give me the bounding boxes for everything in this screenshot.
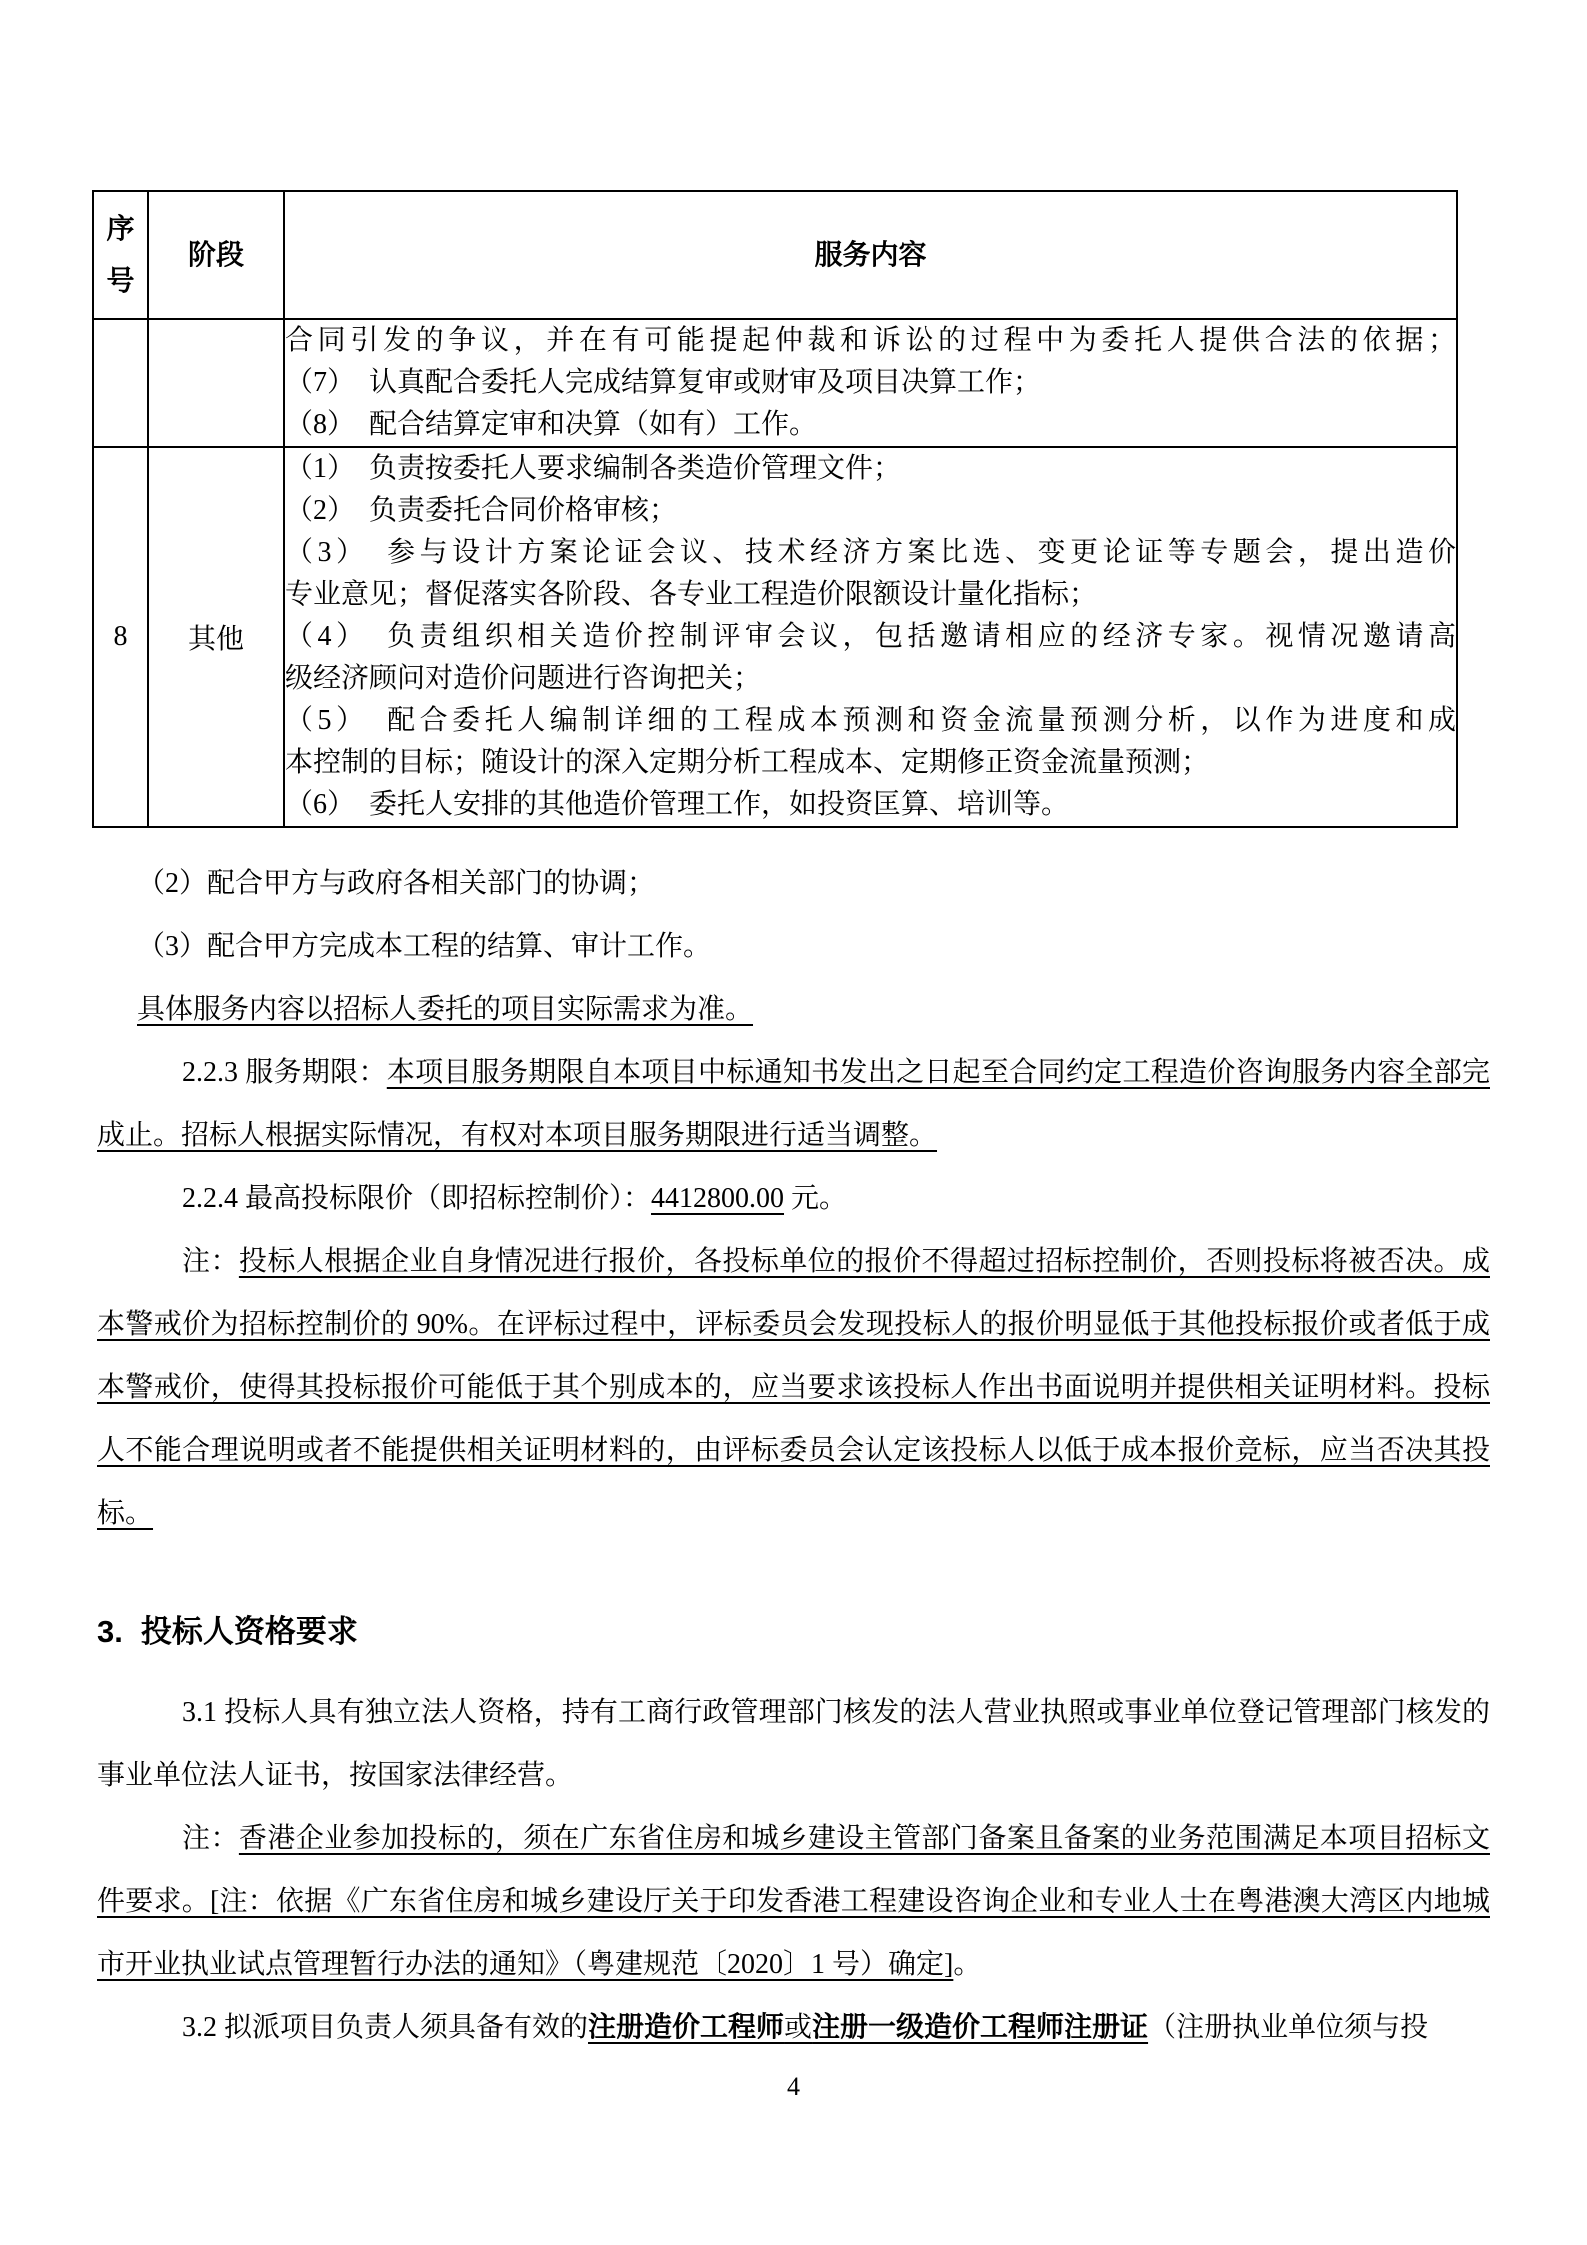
col-header-service: 服务内容 — [284, 191, 1457, 319]
service-line: （2） 负责委托合同价格审核； — [285, 490, 1456, 532]
actual-needs-text: 具体服务内容以招标人委托的项目实际需求为准。 — [137, 994, 753, 1025]
table-header-row: 序号 阶段 服务内容 — [93, 191, 1457, 319]
table-row: 8 其他 （1） 负责按委托人要求编制各类造价管理文件； （2） 负责委托合同价… — [93, 447, 1457, 827]
service-line: （4） 负责组织相关造价控制评审会议，包括邀请相应的经济专家。视情况邀请高 — [285, 616, 1456, 658]
paragraph-service-period: 2.2.3 服务期限：本项目服务期限自本项目中标通知书发出之日起至合同约定工程造… — [97, 1041, 1490, 1167]
conjunction-or: 或 — [784, 2012, 812, 2043]
service-line: （1） 负责按委托人要求编制各类造价管理文件； — [285, 448, 1456, 490]
project-leader-prefix: 3.2 拟派项目负责人须具备有效的 — [182, 2012, 588, 2043]
seq-cell: 8 — [93, 447, 148, 827]
col-header-stage: 阶段 — [148, 191, 284, 319]
cert-level1-cost-engineer: 注册一级造价工程师注册证 — [812, 2012, 1148, 2043]
note-label: 注： — [182, 1246, 239, 1277]
service-line: 合同引发的争议，并在有可能提起仲裁和诉讼的过程中为委托人提供合法的依据； — [285, 320, 1456, 362]
note-hongkong-text: 香港企业参加投标的，须在广东省住房和城乡建设主管部门备案且备案的业务范围满足本项… — [97, 1823, 1490, 1980]
service-cell: 合同引发的争议，并在有可能提起仲裁和诉讼的过程中为委托人提供合法的依据； （7）… — [284, 319, 1457, 447]
service-content-table: 序号 阶段 服务内容 合同引发的争议，并在有可能提起仲裁和诉讼的过程中为委托人提… — [92, 190, 1458, 828]
table-row: 合同引发的争议，并在有可能提起仲裁和诉讼的过程中为委托人提供合法的依据； （7）… — [93, 319, 1457, 447]
section-3-heading: 3.投标人资格要求 — [97, 1609, 1490, 1655]
paragraph-settlement-audit: （3）配合甲方完成本工程的结算、审计工作。 — [97, 915, 1490, 978]
note-hongkong-period: 。 — [953, 1949, 981, 1980]
paragraph-actual-needs: 具体服务内容以招标人委托的项目实际需求为准。 — [97, 978, 1490, 1041]
service-line: （5） 配合委托人编制详细的工程成本预测和资金流量预测分析，以作为进度和成 — [285, 700, 1456, 742]
paragraph-note-hongkong: 注：香港企业参加投标的，须在广东省住房和城乡建设主管部门备案且备案的业务范围满足… — [97, 1807, 1490, 1996]
paragraph-price-cap: 2.2.4 最高投标限价（即招标控制价）：4412800.00 元。 — [97, 1167, 1490, 1230]
service-line: 专业意见；督促落实各阶段、各专业工程造价限额设计量化指标； — [285, 574, 1456, 616]
section-3-number: 3. — [97, 1614, 123, 1649]
service-cell: （1） 负责按委托人要求编制各类造价管理文件； （2） 负责委托合同价格审核； … — [284, 447, 1457, 827]
service-line: （7） 认真配合委托人完成结算复审或财审及项目决算工作； — [285, 362, 1456, 404]
stage-cell: 其他 — [148, 447, 284, 827]
service-line: （8） 配合结算定审和决算（如有）工作。 — [285, 404, 1456, 446]
note-price-text: 投标人根据企业自身情况进行报价，各投标单位的报价不得超过招标控制价，否则投标将被… — [97, 1246, 1490, 1529]
stage-cell — [148, 319, 284, 447]
page-number: 4 — [0, 2072, 1587, 2102]
document-page: 序号 阶段 服务内容 合同引发的争议，并在有可能提起仲裁和诉讼的过程中为委托人提… — [0, 0, 1587, 2245]
price-cap-value: 4412800.00 — [651, 1183, 784, 1214]
paragraph-3-2-project-leader: 3.2 拟派项目负责人须具备有效的注册造价工程师或注册一级造价工程师注册证（注册… — [97, 1996, 1490, 2059]
price-cap-unit: 元。 — [784, 1183, 847, 1214]
note-label: 注： — [182, 1823, 239, 1854]
paragraph-note-price: 注：投标人根据企业自身情况进行报价，各投标单位的报价不得超过招标控制价，否则投标… — [97, 1230, 1490, 1545]
paragraph-coordination: （2）配合甲方与政府各相关部门的协调； — [97, 852, 1490, 915]
cert-cost-engineer: 注册造价工程师 — [588, 2012, 784, 2043]
project-leader-suffix: （注册执业单位须与投 — [1148, 2012, 1428, 2043]
paragraph-3-1-qualification: 3.1 投标人具有独立法人资格，持有工商行政管理部门核发的法人营业执照或事业单位… — [97, 1681, 1490, 1807]
service-line: 级经济顾问对造价问题进行咨询把关； — [285, 658, 1456, 700]
section-3-title: 投标人资格要求 — [141, 1614, 358, 1649]
seq-cell — [93, 319, 148, 447]
service-line: （3） 参与设计方案论证会议、技术经济方案比选、变更论证等专题会，提出造价 — [285, 532, 1456, 574]
col-header-seq: 序号 — [93, 191, 148, 319]
service-line: （6） 委托人安排的其他造价管理工作，如投资匡算、培训等。 — [285, 784, 1456, 826]
price-cap-label: 2.2.4 最高投标限价（即招标控制价）： — [182, 1183, 651, 1214]
service-line: 本控制的目标；随设计的深入定期分析工程成本、定期修正资金流量预测； — [285, 742, 1456, 784]
service-period-label: 2.2.3 服务期限： — [182, 1057, 387, 1088]
